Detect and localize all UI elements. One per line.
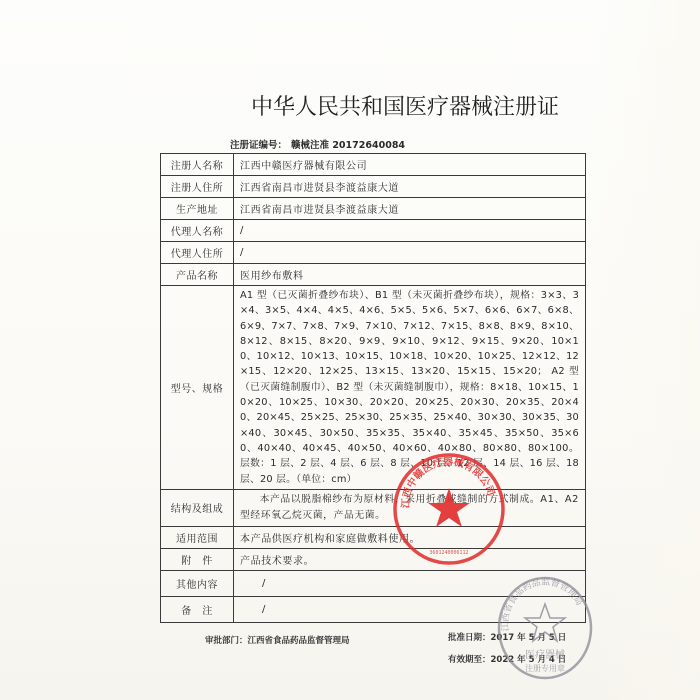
registration-number: 赣械注准 20172640084 [291,140,405,151]
row-label: 注册人住所 [161,176,234,198]
approval-dept-label: 审批部门： [205,636,248,646]
other-content: / [234,570,586,596]
certificate-table: 注册人名称 江西中赣医疗器械有限公司 注册人住所 江西省南昌市进贤县李渡益康大道… [160,153,586,623]
valid-until: 有效期至：2022 年 5 月 4 日 [448,653,566,665]
table-row: 适用范围 本产品供医疗机构和家庭做敷料使用。 [161,526,586,548]
approval-date-value: 2017 年 5 月 5 日 [491,633,567,643]
table-row: 产品名称 医用纱布敷料 [161,264,586,286]
product-name: 医用纱布敷料 [234,264,586,286]
table-row: 结构及组成 本产品以脱脂棉纱布为原材料，采用折叠或缝制的方式制成。A1、A2 型… [161,489,586,526]
table-row: 型号、规格 A1 型（已灭菌折叠纱布块）、B1 型（未灭菌折叠纱布块），规格：3… [161,286,586,490]
attachments: 产品技术要求。 [234,548,586,570]
row-label: 备 注 [161,596,234,622]
scope-of-application: 本产品供医疗机构和家庭做敷料使用。 [234,526,586,548]
table-row: 注册人名称 江西中赣医疗器械有限公司 [161,154,586,176]
structure-composition: 本产品以脱脂棉纱布为原材料，采用折叠或缝制的方式制成。A1、A2 型经环氧乙烷灭… [240,492,579,524]
row-label: 生产地址 [161,198,234,220]
registrant-address: 江西省南昌市进贤县李渡益康大道 [234,176,586,198]
table-row: 生产地址 江西省南昌市进贤县李渡益康大道 [161,198,586,220]
production-address: 江西省南昌市进贤县李渡益康大道 [234,198,586,220]
approval-date-label: 批准日期： [448,633,491,643]
table-row: 备 注 / [161,596,586,622]
approval-department: 审批部门：江西省食品药品监督管理局 [205,634,350,646]
row-label: 结构及组成 [161,489,234,526]
valid-until-value: 2022 年 5 月 4 日 [491,655,567,665]
document-title: 中华人民共和国医疗器械注册证 [0,90,700,121]
valid-until-label: 有效期至： [448,655,491,665]
row-label: 代理人住所 [161,242,234,264]
registration-number-line: 注册证编号：赣械注准 20172640084 [230,137,405,151]
row-label: 型号、规格 [161,286,234,490]
table-row: 附 件 产品技术要求。 [161,548,586,570]
row-label: 其他内容 [161,570,234,596]
approval-date: 批准日期：2017 年 5 月 5 日 [448,631,566,643]
row-label: 代理人名称 [161,220,234,242]
registration-number-label: 注册证编号： [230,140,287,151]
remarks: / [234,596,586,622]
table-row: 代理人名称 / [161,220,586,242]
row-label: 产品名称 [161,264,234,286]
approval-dept-value: 江西省食品药品监督管理局 [248,636,350,646]
table-row: 其他内容 / [161,570,586,596]
row-label: 附 件 [161,548,234,570]
model-specifications: A1 型（已灭菌折叠纱布块）、B1 型（未灭菌折叠纱布块），规格：3×3、3×4… [240,286,579,489]
agent-name: / [234,220,586,242]
agent-address: / [234,242,586,264]
table-row: 代理人住所 / [161,242,586,264]
registrant-name: 江西中赣医疗器械有限公司 [234,154,586,176]
row-label: 适用范围 [161,526,234,548]
row-label: 注册人名称 [161,154,234,176]
table-row: 注册人住所 江西省南昌市进贤县李渡益康大道 [161,176,586,198]
